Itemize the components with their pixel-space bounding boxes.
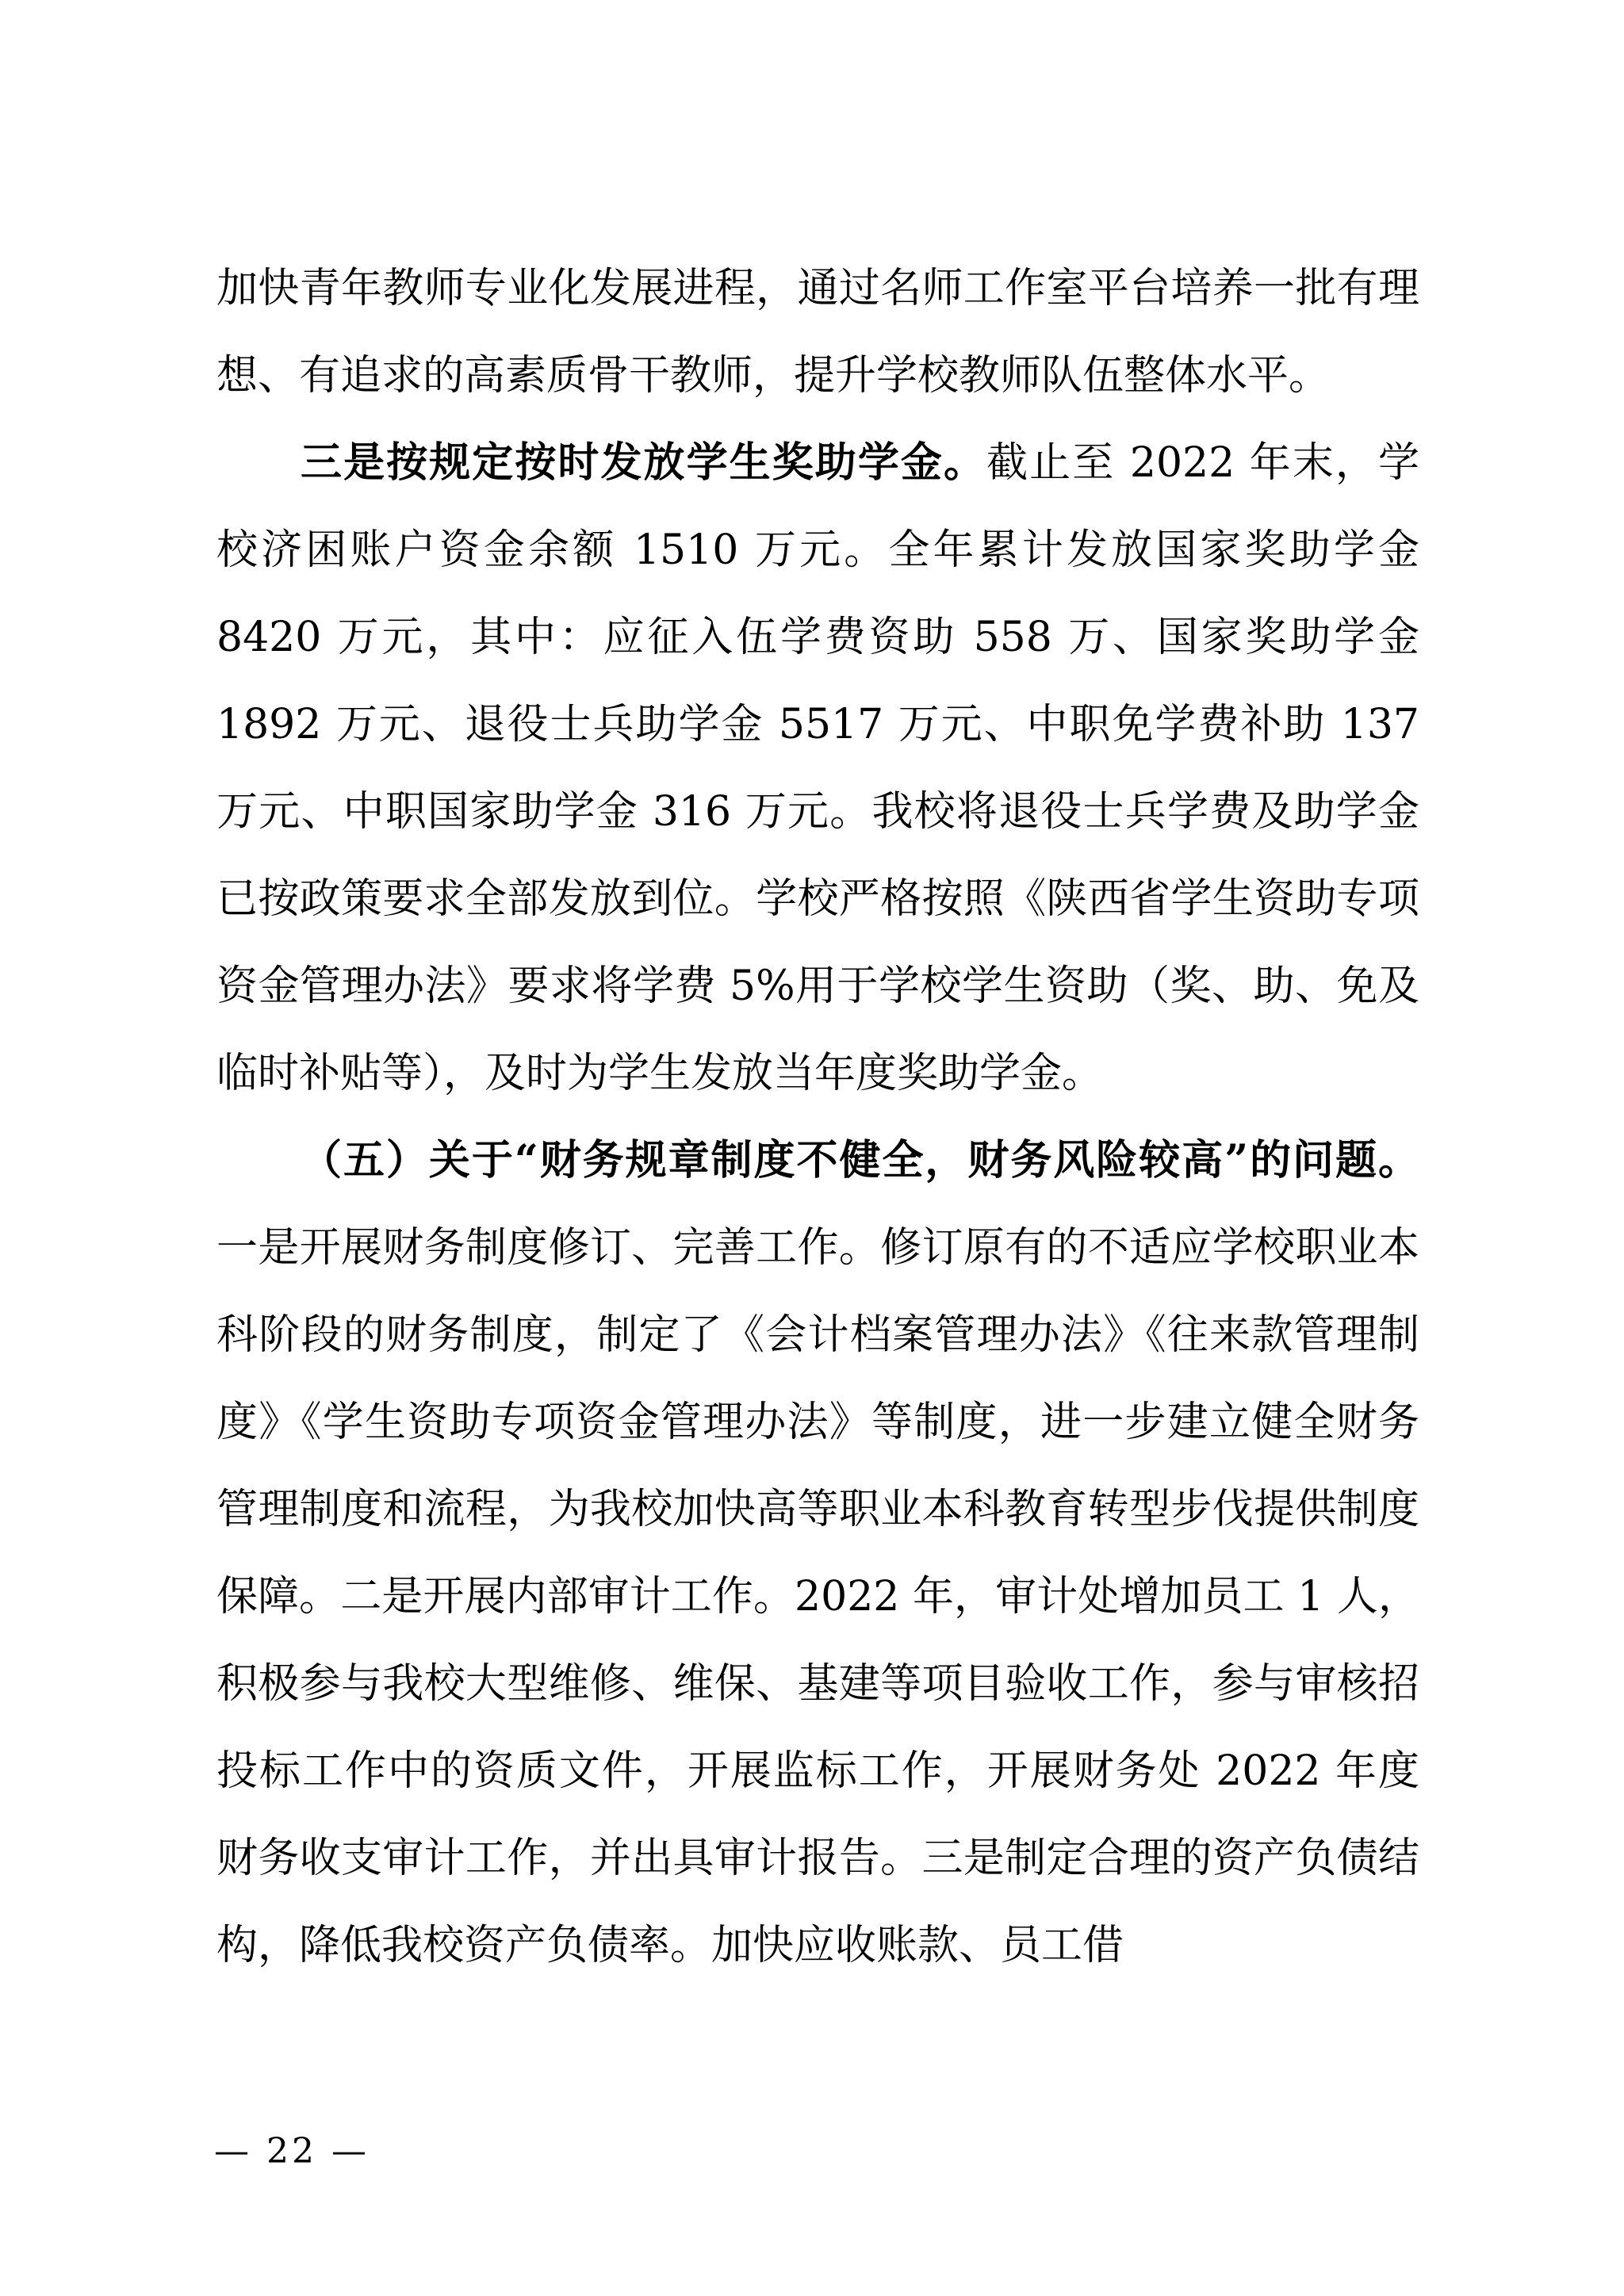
paragraph-text: 截止至 2022 年末，学校济困账户资金余额 1510 万元。全年累计发放国家奖… xyxy=(216,439,1419,1097)
document-body: 加快青年教师专业化发展进程，通过名师工作室平台培养一批有理想、有追求的高素质骨干… xyxy=(216,245,1419,1989)
page-number: — 22 — xyxy=(214,2131,370,2172)
page-number-text: — 22 — xyxy=(214,2131,370,2172)
paragraph-text: 加快青年教师专业化发展进程，通过名师工作室平台培养一批有理想、有追求的高素质骨干… xyxy=(216,265,1419,400)
paragraph-continuation: 加快青年教师专业化发展进程，通过名师工作室平台培养一批有理想、有追求的高素质骨干… xyxy=(216,245,1419,419)
paragraph-lead-bold: 三是按规定按时发放学生奖助学金。 xyxy=(301,438,986,487)
paragraph-finance-issue: （五）关于“财务规章制度不健全，财务风险较高”的问题。一是开展财务制度修订、完善… xyxy=(216,1117,1419,1989)
document-page: 加快青年教师专业化发展进程，通过名师工作室平台培养一批有理想、有追求的高素质骨干… xyxy=(0,0,1624,2296)
paragraph-lead-bold: （五）关于“财务规章制度不健全，财务风险较高”的问题。 xyxy=(301,1136,1419,1184)
paragraph-scholarship: 三是按规定按时发放学生奖助学金。截止至 2022 年末，学校济困账户资金余额 1… xyxy=(216,419,1419,1117)
paragraph-text: 一是开展财务制度修订、完善工作。修订原有的不适应学校职业本科阶段的财务制度，制定… xyxy=(216,1224,1419,1969)
